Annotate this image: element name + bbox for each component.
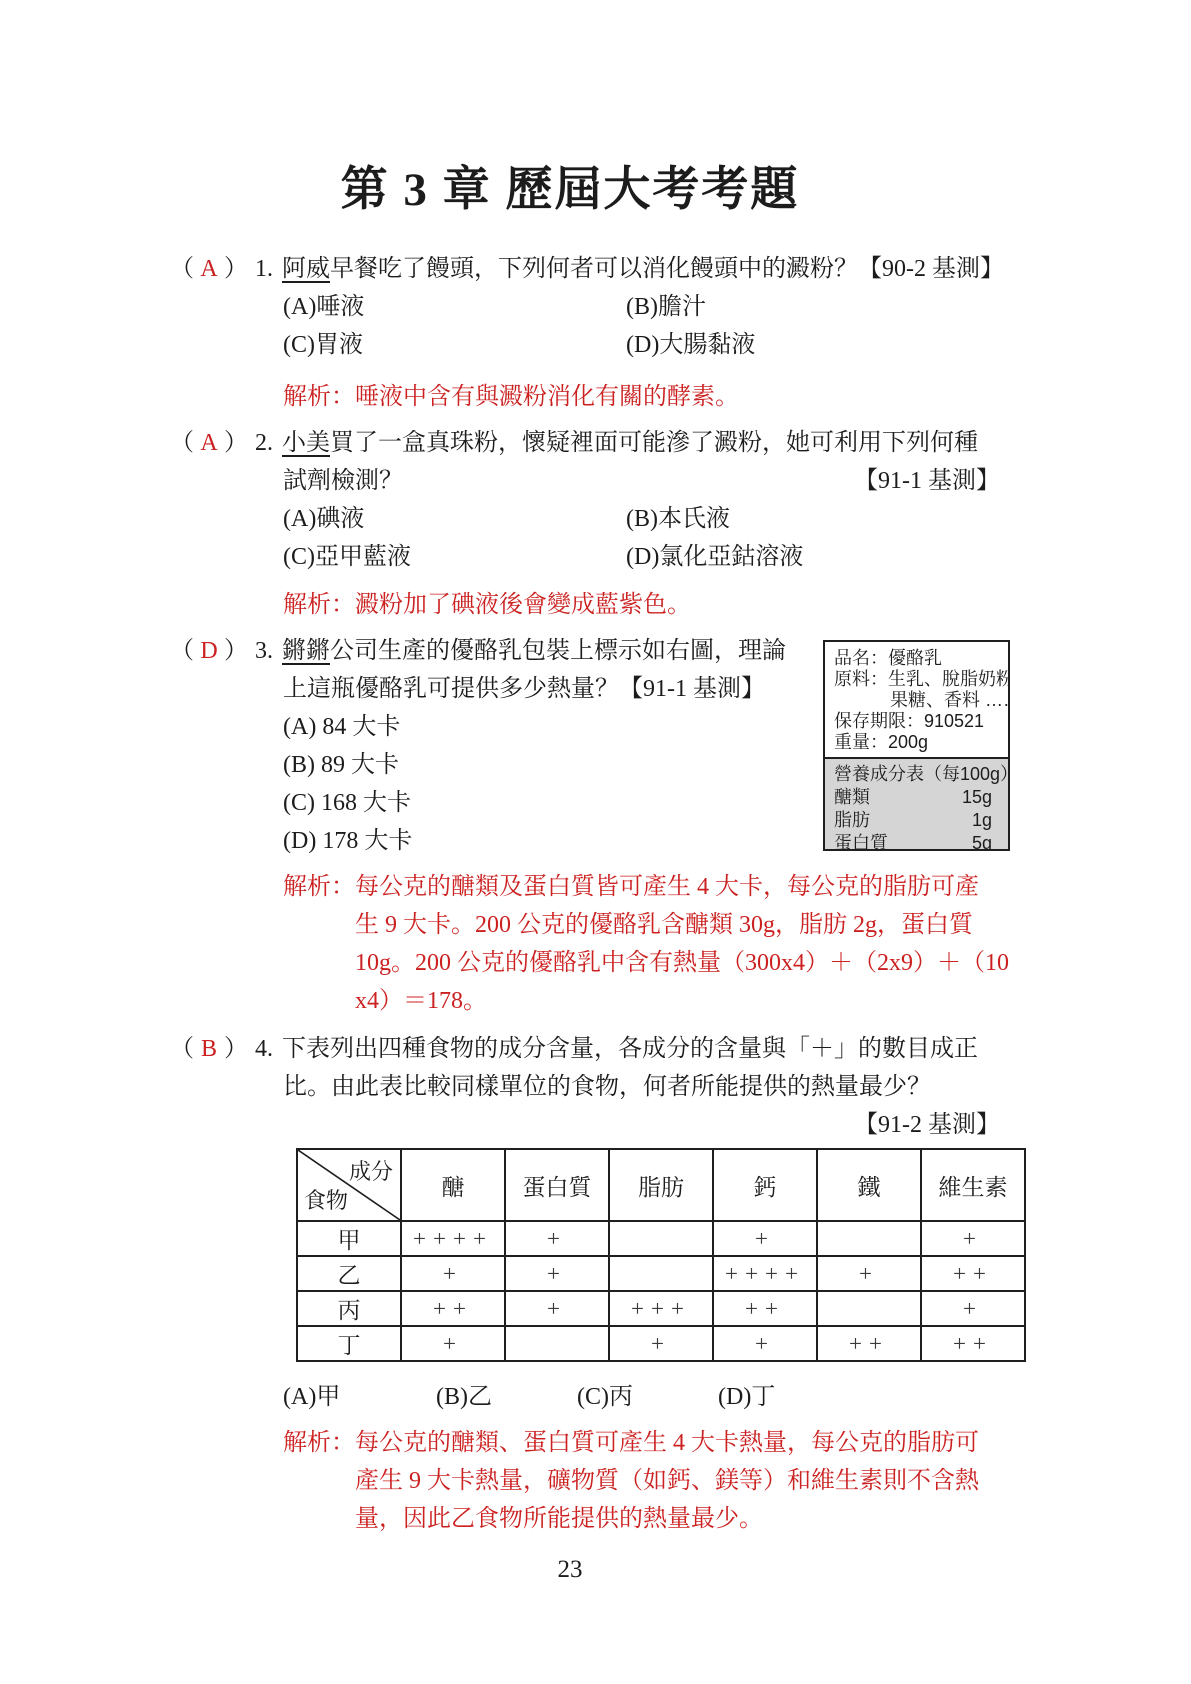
option-a: (A)甲 xyxy=(283,1378,430,1416)
nutrition-facts-section: 營養成分表（每100g） 醣類15g 脂肪1g 蛋白質5g xyxy=(825,757,1008,851)
table-header-row: 成分 食物 醣 蛋白質 脂肪 鈣 鐵 維生素 xyxy=(297,1149,1025,1221)
option-row: (C)亞甲藍液 (D)氯化亞鈷溶液 xyxy=(283,538,803,576)
ingredients-line1: 原料：生乳、脫脂奶粉、 xyxy=(834,669,1000,690)
exam-source-tag: 【90-2 基測】 xyxy=(858,256,1004,282)
open-paren: （ xyxy=(170,424,194,462)
option-c: (C) 168 大卡 xyxy=(283,784,412,822)
option-row: (C)胃液 (D)大腸黏液 xyxy=(283,326,755,364)
row-header: 乙 xyxy=(297,1256,401,1291)
table-cell: + xyxy=(505,1221,609,1256)
close-paren: ） xyxy=(224,632,248,670)
answer-letter-2: A xyxy=(200,424,217,462)
question-3-options: (A) 84 大卡 (B) 89 大卡 (C) 168 大卡 (D) 178 大… xyxy=(283,708,412,860)
food-composition-table: 成分 食物 醣 蛋白質 脂肪 鈣 鐵 維生素 甲 ++++ + + + 乙 + … xyxy=(296,1148,1026,1362)
row-header: 丁 xyxy=(297,1326,401,1361)
option-row: (A)碘液 (B)本氏液 xyxy=(283,500,803,538)
answer-letter-1: A xyxy=(200,250,217,288)
answer-box-1: （A） xyxy=(170,250,248,288)
question-4-head: （B） 4. 下表列出四種食物的成分含量，各成分的含量與「＋」的數目成正 xyxy=(170,1030,1002,1068)
table-cell: ++ xyxy=(921,1256,1025,1291)
question-4-stem-line2: 比。由此表比較同樣單位的食物，何者所能提供的熱量最少？ xyxy=(283,1068,1000,1106)
column-header: 蛋白質 xyxy=(505,1149,609,1221)
analysis-line: 10g。200 公克的優酪乳中含有熱量（300x4）＋（2x9）＋（10 xyxy=(355,944,1009,982)
document-page: 第 3 章 歷屆大考考題 （A） 1. 阿威早餐吃了饅頭，下列何者可以消化饅頭中… xyxy=(0,0,1191,1684)
row-header: 丙 xyxy=(297,1291,401,1326)
option-a: (A)碘液 xyxy=(283,500,620,538)
page-number: 23 xyxy=(0,1556,1140,1584)
question-4-options: (A)甲 (B)乙 (C)丙 (D)丁 xyxy=(283,1378,1000,1416)
option-a: (A)唾液 xyxy=(283,288,620,326)
open-paren: （ xyxy=(170,250,194,288)
table-row: 乙 + + ++++ + ++ xyxy=(297,1256,1025,1291)
close-paren: ） xyxy=(224,250,248,288)
table-row: 丙 ++ + +++ ++ + xyxy=(297,1291,1025,1326)
option-d: (D) 178 大卡 xyxy=(283,822,412,860)
net-weight: 重量：200g xyxy=(834,732,1000,753)
option-c: (C)胃液 xyxy=(283,326,620,364)
analysis-line: 生 9 大卡。200 公克的優酪乳含醣類 30g，脂肪 2g，蛋白質 xyxy=(355,906,1009,944)
option-d: (D)大腸黏液 xyxy=(626,332,755,358)
page-title: 第 3 章 歷屆大考考題 xyxy=(150,152,990,219)
analysis-label: 解析： xyxy=(283,378,355,416)
table-cell: + xyxy=(921,1291,1025,1326)
table-cell: + xyxy=(713,1221,817,1256)
close-paren: ） xyxy=(224,1030,248,1068)
stem-text: 試劑檢測？ xyxy=(283,462,403,500)
table-cell: + xyxy=(609,1326,713,1361)
option-b: (B)本氏液 xyxy=(626,506,730,532)
option-d: (D)丁 xyxy=(718,1378,775,1416)
exam-source-tag: 【91-1 基測】 xyxy=(854,462,1000,500)
option-b: (B)乙 xyxy=(436,1378,571,1416)
open-paren: （ xyxy=(170,1030,194,1068)
table-cell: + xyxy=(713,1326,817,1361)
question-2-stem-line2: 試劑檢測？ 【91-1 基測】 xyxy=(283,462,1000,500)
table-cell: +++ xyxy=(609,1291,713,1326)
option-c: (C)丙 xyxy=(577,1378,712,1416)
table-cell xyxy=(609,1256,713,1291)
question-2-head: （A） 2. 小美買了一盒真珠粉，懷疑裡面可能滲了澱粉，她可利用下列何種 xyxy=(170,424,1002,462)
table-cell xyxy=(817,1291,921,1326)
table-cell xyxy=(505,1326,609,1361)
question-3-analysis: 解析： 每公克的醣類及蛋白質皆可產生 4 大卡，每公克的脂肪可產 生 9 大卡。… xyxy=(283,868,1000,1020)
option-row: (A)唾液 (B)膽汁 xyxy=(283,288,755,326)
analysis-label: 解析： xyxy=(283,868,355,1020)
answer-letter-4: B xyxy=(201,1030,217,1068)
analysis-label: 解析： xyxy=(283,1424,355,1538)
question-2-options: (A)碘液 (B)本氏液 (C)亞甲藍液 (D)氯化亞鈷溶液 xyxy=(283,500,803,576)
answer-box-2: （A） xyxy=(170,424,248,462)
table-cell: + xyxy=(505,1291,609,1326)
analysis-line: 產生 9 大卡熱量，礦物質（如鈣、鎂等）和維生素則不含熱 xyxy=(355,1462,1000,1500)
answer-box-4: （B） xyxy=(170,1030,248,1068)
analysis-line: 量，因此乙食物所能提供的熱量最少。 xyxy=(355,1500,1000,1538)
expiry-date: 保存期限：910521 xyxy=(834,711,1000,732)
column-header: 鈣 xyxy=(713,1149,817,1221)
table-cell: ++++ xyxy=(401,1221,505,1256)
table-row: 丁 + + + ++ ++ xyxy=(297,1326,1025,1361)
option-d: (D)氯化亞鈷溶液 xyxy=(626,544,803,570)
stem-text: 上這瓶優酪乳可提供多少熱量？ xyxy=(283,676,619,702)
question-1-analysis: 解析： 唾液中含有與澱粉消化有關的酵素。 xyxy=(283,378,1000,416)
nutrition-row: 蛋白質5g xyxy=(834,832,1000,851)
answer-letter-3: D xyxy=(200,632,217,670)
table-cell xyxy=(817,1221,921,1256)
analysis-line: 唾液中含有與澱粉消化有關的酵素。 xyxy=(355,378,1000,416)
question-1-options: (A)唾液 (B)膽汁 (C)胃液 (D)大腸黏液 xyxy=(283,288,755,364)
column-header: 維生素 xyxy=(921,1149,1025,1221)
table-cell: ++ xyxy=(817,1326,921,1361)
column-header: 脂肪 xyxy=(609,1149,713,1221)
analysis-label: 解析： xyxy=(283,586,355,624)
question-number-3: 3. xyxy=(255,632,282,670)
question-number-4: 4. xyxy=(255,1030,282,1068)
row-header: 甲 xyxy=(297,1221,401,1256)
column-header: 鐵 xyxy=(817,1149,921,1221)
corner-label-component: 成分 xyxy=(349,1155,393,1186)
nutrition-row: 脂肪1g xyxy=(834,809,1000,832)
ingredients-line2: 果糖、香料 …… xyxy=(834,690,1000,711)
yogurt-package-label: 品名：優酪乳 原料：生乳、脫脂奶粉、 果糖、香料 …… 保存期限：910521 … xyxy=(823,640,1010,851)
question-2-analysis: 解析： 澱粉加了碘液後會變成藍紫色。 xyxy=(283,586,1000,624)
option-b: (B)膽汁 xyxy=(626,294,706,320)
question-number-1: 1. xyxy=(255,250,282,288)
label-info-section: 品名：優酪乳 原料：生乳、脫脂奶粉、 果糖、香料 …… 保存期限：910521 … xyxy=(825,642,1008,757)
open-paren: （ xyxy=(170,632,194,670)
table-cell: + xyxy=(817,1256,921,1291)
exam-source-tag: 【91-1 基測】 xyxy=(619,676,765,702)
table-cell: ++++ xyxy=(713,1256,817,1291)
nutrition-title: 營養成分表（每100g） xyxy=(834,763,1000,786)
table-row: 甲 ++++ + + + xyxy=(297,1221,1025,1256)
person-name-underlined: 小美 xyxy=(282,430,330,456)
nutrition-row: 醣類15g xyxy=(834,786,1000,809)
question-1-head: （A） 1. 阿威早餐吃了饅頭，下列何者可以消化饅頭中的澱粉？【90-2 基測】 xyxy=(170,250,1002,288)
stem-text: 早餐吃了饅頭，下列何者可以消化饅頭中的澱粉？ xyxy=(330,256,858,282)
option-c: (C)亞甲藍液 xyxy=(283,538,620,576)
table-cell xyxy=(609,1221,713,1256)
table-cell: + xyxy=(401,1326,505,1361)
exam-source-tag: 【91-2 基測】 xyxy=(283,1106,1000,1144)
product-name: 品名：優酪乳 xyxy=(834,648,1000,669)
question-2-stem: 小美買了一盒真珠粉，懷疑裡面可能滲了澱粉，她可利用下列何種 xyxy=(282,424,1002,462)
company-name-underlined: 鏘鏘 xyxy=(282,638,330,664)
stem-text: 公司生產的優酪乳包裝上標示如右圖，理論 xyxy=(330,638,786,664)
table-cell: + xyxy=(401,1256,505,1291)
column-header: 醣 xyxy=(401,1149,505,1221)
table-cell: ++ xyxy=(401,1291,505,1326)
close-paren: ） xyxy=(224,424,248,462)
option-a: (A) 84 大卡 xyxy=(283,708,412,746)
table-cell: ++ xyxy=(713,1291,817,1326)
question-1-stem: 阿威早餐吃了饅頭，下列何者可以消化饅頭中的澱粉？【90-2 基測】 xyxy=(282,250,1004,288)
answer-box-3: （D） xyxy=(170,632,248,670)
corner-label-food: 食物 xyxy=(304,1184,348,1215)
person-name-underlined: 阿威 xyxy=(282,256,330,282)
question-number-2: 2. xyxy=(255,424,282,462)
stem-text: 買了一盒真珠粉，懷疑裡面可能滲了澱粉，她可利用下列何種 xyxy=(330,430,978,456)
option-b: (B) 89 大卡 xyxy=(283,746,412,784)
analysis-line: 澱粉加了碘液後會變成藍紫色。 xyxy=(355,586,1000,624)
analysis-line: x4）＝178。 xyxy=(355,982,1009,1020)
analysis-line: 每公克的醣類、蛋白質可產生 4 大卡熱量，每公克的脂肪可 xyxy=(355,1424,1000,1462)
analysis-line: 每公克的醣類及蛋白質皆可產生 4 大卡，每公克的脂肪可產 xyxy=(355,868,1009,906)
question-4-stem: 下表列出四種食物的成分含量，各成分的含量與「＋」的數目成正 xyxy=(282,1030,1002,1068)
table-cell: + xyxy=(921,1221,1025,1256)
table-cell: ++ xyxy=(921,1326,1025,1361)
question-4-analysis: 解析： 每公克的醣類、蛋白質可產生 4 大卡熱量，每公克的脂肪可 產生 9 大卡… xyxy=(283,1424,1000,1538)
table-cell: + xyxy=(505,1256,609,1291)
diagonal-header-cell: 成分 食物 xyxy=(297,1149,401,1221)
